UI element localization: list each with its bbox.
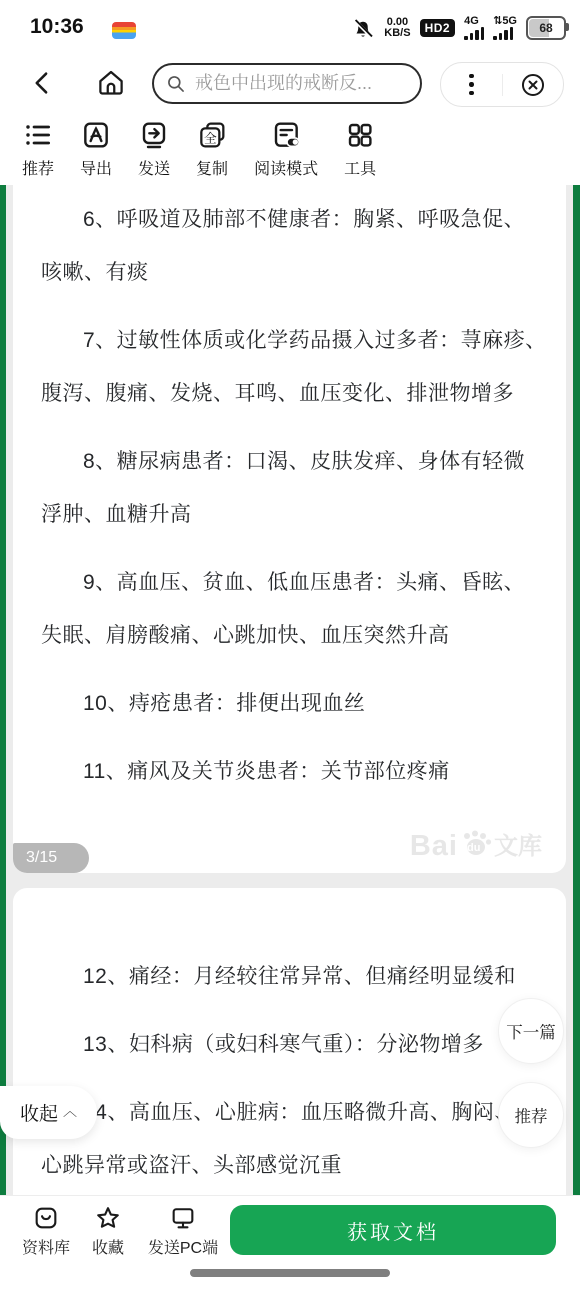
paw-print-icon: du (459, 829, 493, 859)
doc-line: 10、痔疮患者：排便出现血丝 (41, 677, 538, 730)
library-icon (32, 1204, 60, 1232)
tools-grid-icon (344, 119, 376, 151)
toolbar-item-reading-mode[interactable]: 阅读模式 (254, 119, 318, 179)
home-indicator-bar[interactable] (190, 1269, 390, 1277)
collapse-label: 收起 (20, 1099, 58, 1126)
toolbar-item-label: 复制 (196, 156, 228, 179)
doc-line: 8、糖尿病患者：口渴、皮肤发痒、身体有轻微 (41, 435, 538, 488)
doc-line: 腹泻、腹痛、发烧、耳鸣、血压变化、排泄物增多 (41, 367, 538, 420)
search-box[interactable] (152, 63, 422, 104)
toolbar-item-label: 导出 (80, 156, 112, 179)
toolbar-item-label: 阅读模式 (254, 156, 318, 179)
recommend-float-button[interactable]: 推荐 (498, 1082, 564, 1148)
toolbar-item-send[interactable]: 发送 (138, 119, 170, 179)
send-arrow-icon (138, 119, 170, 151)
battery-indicator: 68 (526, 16, 566, 40)
doc-line: 7、过敏性体质或化学药品摄入过多者：荨麻疹、 (41, 314, 538, 367)
paragraph: 12、痛经：月经较往常异常、但痛经明显缓和 (41, 950, 538, 1003)
toolbar-item-label: 推荐 (22, 156, 54, 179)
doc-line: 13、妇科病（或妇科寒气重）：分泌物增多 (41, 1018, 538, 1071)
document-page-4: 12、痛经：月经较往常异常、但痛经明显缓和 13、妇科病（或妇科寒气重）：分泌物… (13, 888, 566, 1195)
bottom-action-bar: 资料库 收藏 发送PC端 获取文档 (0, 1195, 580, 1297)
doc-line: 6、呼吸道及肺部不健康者：胸紧、呼吸急促、 (41, 193, 538, 246)
doc-line: 咳嗽、有痰 (41, 246, 538, 299)
document-toolbar: 推荐 导出 发送 全 复制 (0, 112, 580, 185)
search-icon (166, 74, 186, 94)
paragraph: 13、妇科病（或妇科寒气重）：分泌物增多 (41, 1018, 538, 1071)
next-article-button[interactable]: 下一篇 (498, 998, 564, 1064)
signal-4g-icon: 4G (464, 16, 484, 40)
get-document-button[interactable]: 获取文档 (230, 1205, 556, 1255)
send-to-pc-label: 发送PC端 (148, 1235, 218, 1258)
doc-line: 11、痛风及关节炎患者：关节部位疼痛 (41, 745, 538, 798)
doc-line: 12、痛经：月经较往常异常、但痛经明显缓和 (41, 950, 538, 1003)
toolbar-item-label: 工具 (344, 156, 376, 179)
doc-line: 14、高血压、心脏病：血压略微升高、胸闷、 (41, 1086, 538, 1139)
toolbar-item-recommend[interactable]: 推荐 (22, 119, 54, 179)
doc-line: 心跳异常或盗汗、头部感觉沉重 (41, 1139, 538, 1192)
toolbar-item-export[interactable]: 导出 (80, 119, 112, 179)
pdf-export-icon (80, 119, 112, 151)
nav-bar (0, 55, 580, 112)
next-article-label: 下一篇 (506, 1019, 556, 1043)
close-button[interactable] (502, 71, 563, 99)
paragraph: 14、高血压、心脏病：血压略微升高、胸闷、 心跳异常或盗汗、头部感觉沉重 (41, 1086, 538, 1192)
favorite-label: 收藏 (92, 1235, 124, 1258)
clock: 10:36 (30, 15, 84, 39)
doc-line: 失眠、肩膀酸痛、心跳加快、血压突然升高 (41, 609, 538, 662)
baidu-wenku-watermark: Bai du 文库 (410, 829, 542, 859)
svg-text:全: 全 (204, 131, 217, 145)
paragraph: 9、高血压、贫血、低血压患者：头痛、昏眩、 失眠、肩膀酸痛、心跳加快、血压突然升… (41, 556, 538, 662)
page-gutter: 6、呼吸道及肺部不健康者：胸紧、呼吸急促、 咳嗽、有痰 7、过敏性体质或化学药品… (6, 185, 573, 1195)
hd-voice-badge: HD2 (420, 19, 456, 37)
send-to-pc-button[interactable]: 发送PC端 (138, 1204, 228, 1258)
notification-muted-icon (351, 16, 375, 40)
copy-icon: 全 (196, 119, 228, 151)
signal-5g-icon: ⇅5G (493, 16, 517, 40)
page-indicator: 3/15 (13, 843, 89, 873)
back-button[interactable] (28, 69, 56, 97)
document-scroll-area[interactable]: 6、呼吸道及肺部不健康者：胸紧、呼吸急促、 咳嗽、有痰 7、过敏性体质或化学药品… (0, 185, 580, 1195)
list-dots-icon (22, 119, 54, 151)
network-speed: 0.00 KB/S (384, 17, 410, 39)
toolbar-item-copy[interactable]: 全 复制 (196, 119, 228, 179)
more-menu-button[interactable] (441, 74, 502, 96)
status-bar: 10:36 0.00 KB/S HD2 4G ⇅5G 68 (0, 0, 580, 55)
search-input[interactable] (193, 72, 408, 95)
library-label: 资料库 (22, 1235, 70, 1258)
paragraph: 10、痔疮患者：排便出现血丝 (41, 677, 538, 730)
reading-mode-icon (270, 119, 302, 151)
toolbar-item-label: 发送 (138, 156, 170, 179)
document-page-3: 6、呼吸道及肺部不健康者：胸紧、呼吸急促、 咳嗽、有痰 7、过敏性体质或化学药品… (13, 185, 566, 873)
home-button[interactable] (96, 68, 126, 98)
chevron-up-icon: ︿ (63, 1101, 77, 1121)
toolbar-item-tools[interactable]: 工具 (344, 119, 376, 179)
library-button[interactable]: 资料库 (14, 1204, 78, 1258)
recommend-float-label: 推荐 (515, 1103, 548, 1127)
doc-line: 浮肿、血糖升高 (41, 488, 538, 541)
browser-menu-pill (440, 62, 564, 107)
collapse-button[interactable]: 收起 ︿ (0, 1086, 97, 1139)
favorite-button[interactable]: 收藏 (84, 1204, 132, 1258)
paragraph: 6、呼吸道及肺部不健康者：胸紧、呼吸急促、 咳嗽、有痰 (41, 193, 538, 299)
paragraph: 11、痛风及关节炎患者：关节部位疼痛 (41, 745, 538, 798)
doc-line: 9、高血压、贫血、低血压患者：头痛、昏眩、 (41, 556, 538, 609)
pc-monitor-icon (169, 1204, 197, 1232)
paragraph: 8、糖尿病患者：口渴、皮肤发痒、身体有轻微 浮肿、血糖升高 (41, 435, 538, 541)
weather-app-icon (112, 22, 136, 39)
star-icon (94, 1204, 122, 1232)
paragraph: 7、过敏性体质或化学药品摄入过多者：荨麻疹、 腹泻、腹痛、发烧、耳鸣、血压变化、… (41, 314, 538, 420)
